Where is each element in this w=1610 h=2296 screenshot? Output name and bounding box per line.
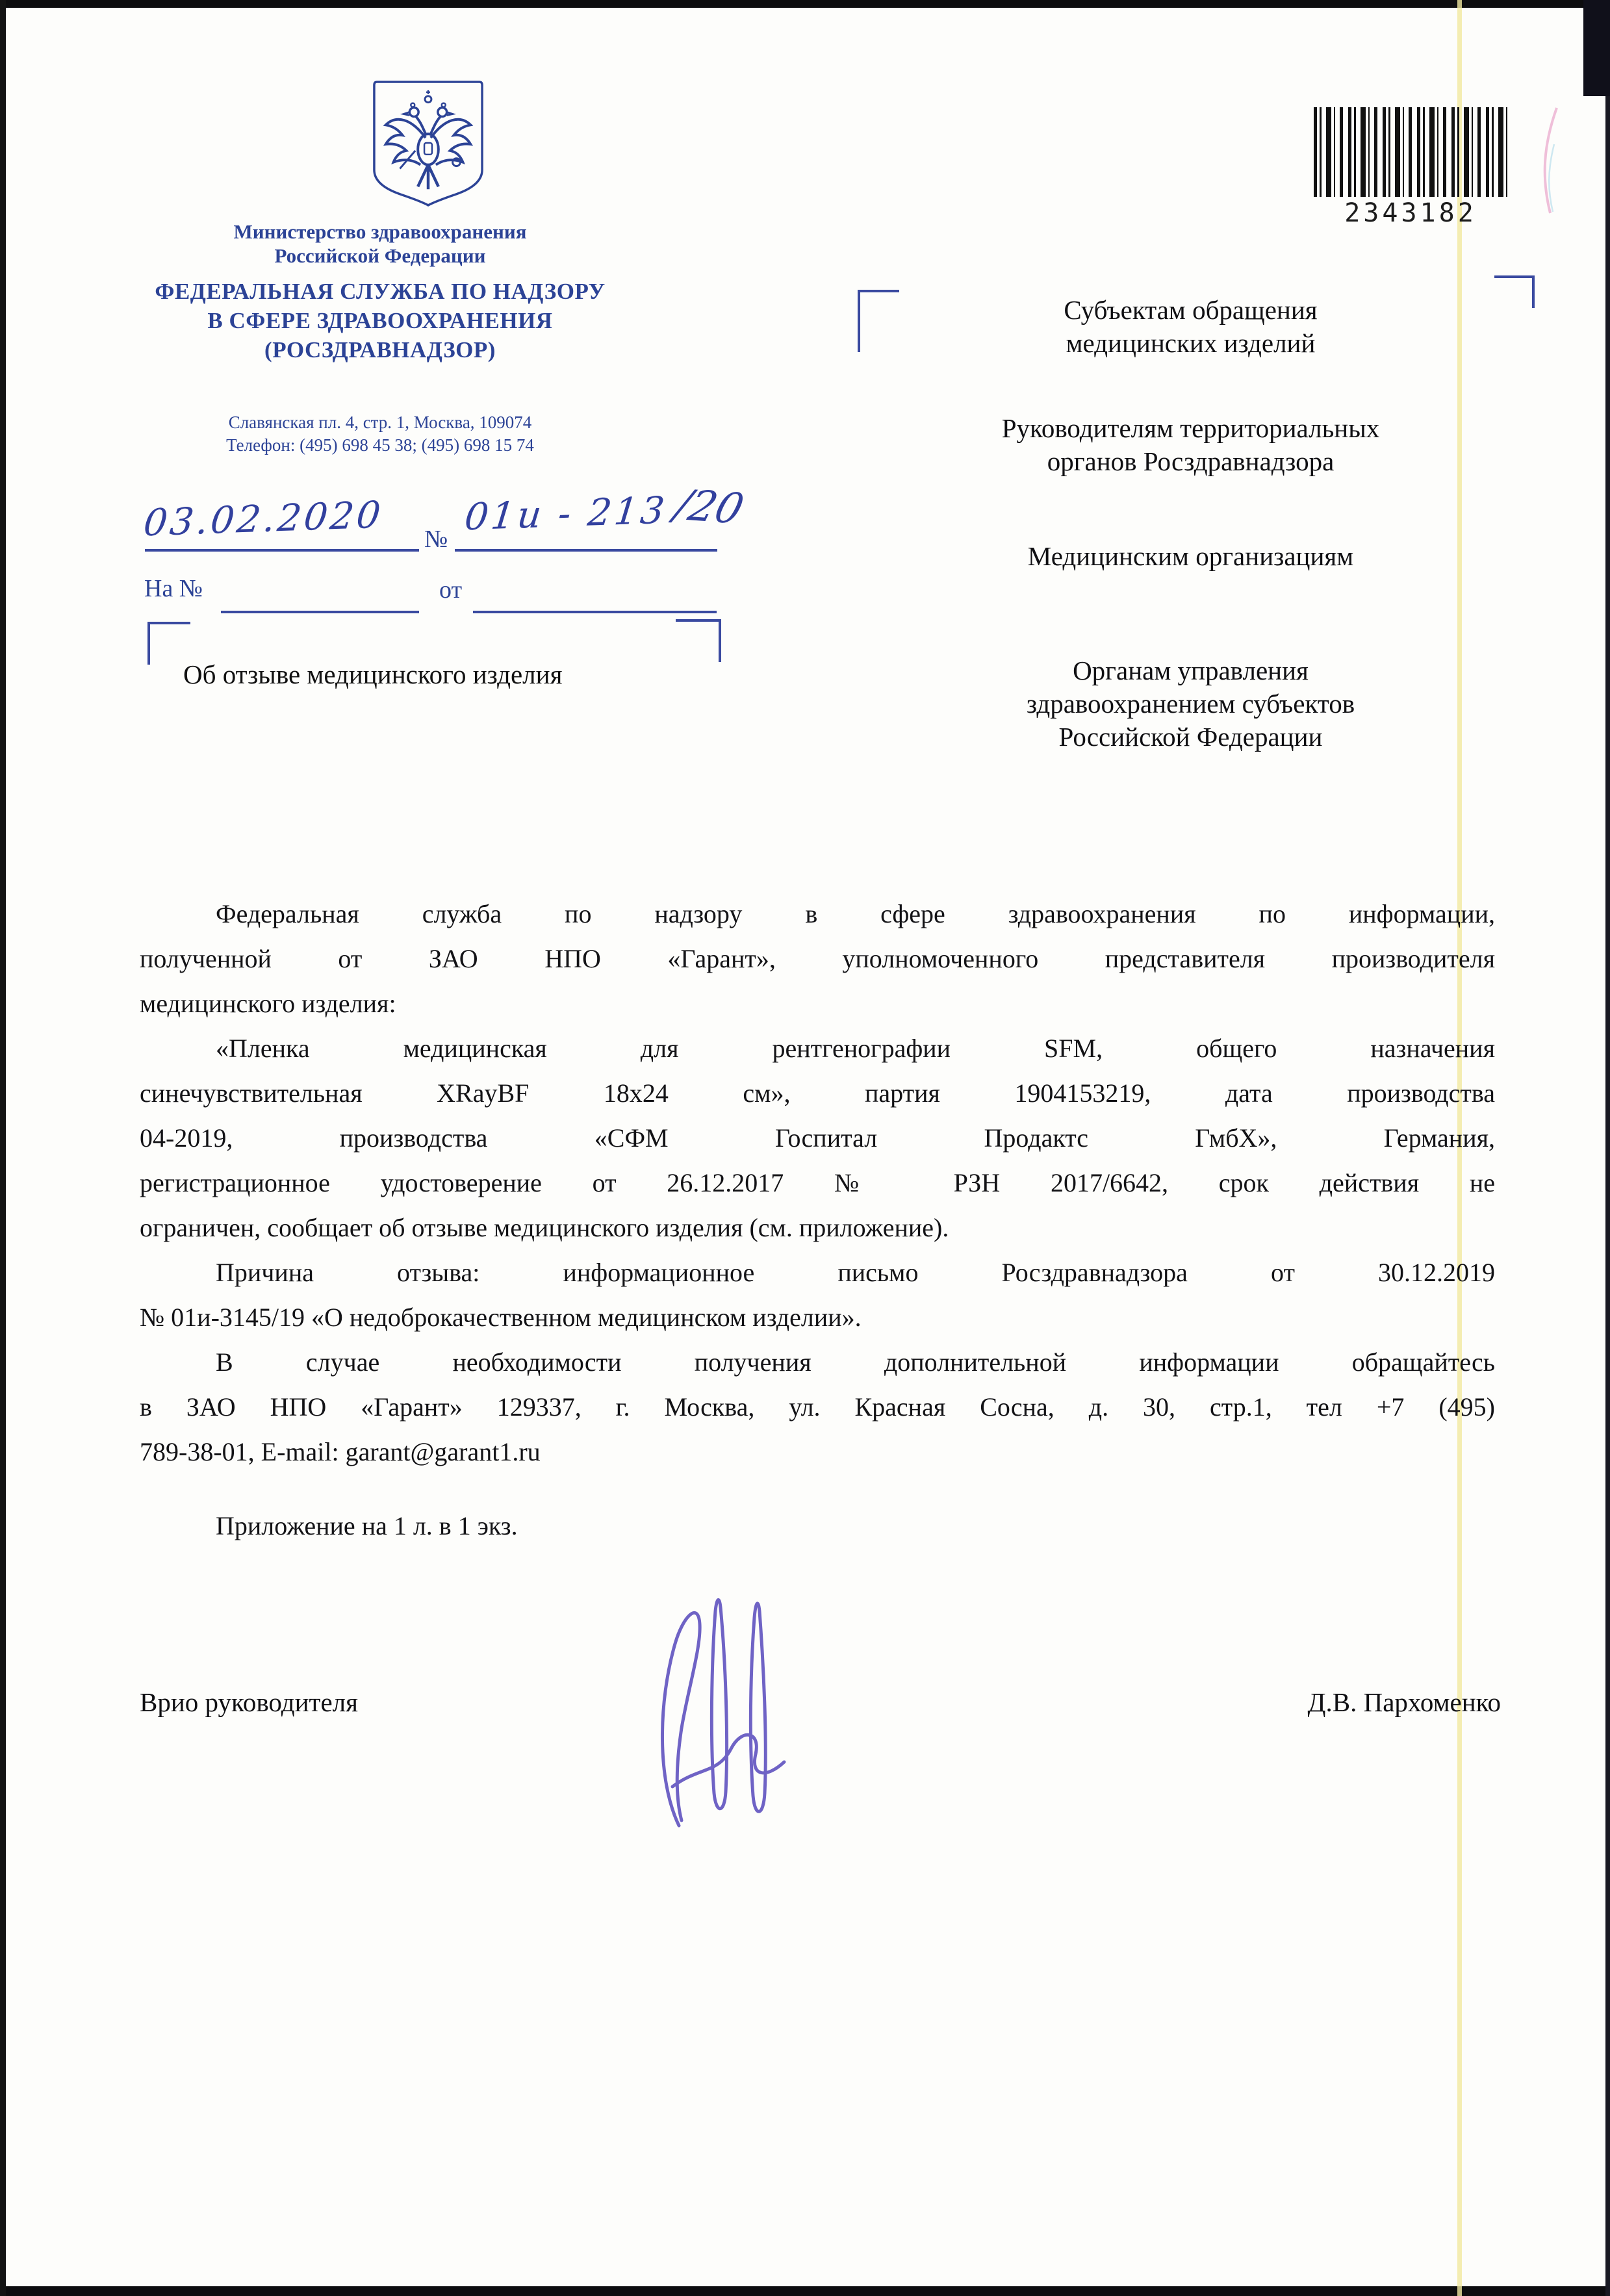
letterhead-phone: Телефон: (495) 698 45 38; (495) 698 15 7… <box>58 434 702 457</box>
subject-line: Об отзыве медицинского изделия <box>183 659 562 690</box>
recipient-line: Российской Федерации <box>877 721 1504 754</box>
letterhead-contacts: Славянская пл. 4, стр. 1, Москва, 109074… <box>58 411 702 457</box>
recipient-line: Субъектам обращения <box>877 294 1504 327</box>
scan-edge-top <box>0 0 1610 8</box>
barcode-number: 2343182 <box>1314 198 1507 228</box>
body-text-line: 04-2019, производства «СФМ Госпитал Прод… <box>140 1116 1495 1160</box>
service-line-1: ФЕДЕРАЛЬНАЯ СЛУЖБА ПО НАДЗОРУ <box>58 277 702 306</box>
recipient-group: Руководителям территориальныхорганов Рос… <box>877 412 1504 478</box>
reply-to-label: На № <box>144 574 203 603</box>
subject-bracket-left-v <box>147 622 150 665</box>
signer-position: Врио руководителя <box>140 1687 358 1718</box>
subject-bracket-right-v <box>719 619 721 662</box>
body-text-line: синечувствительная XRayBF 18х24 см», пар… <box>140 1071 1495 1116</box>
body-text-line: в ЗАО НПО «Гарант» 129337, г. Москва, ул… <box>140 1384 1495 1429</box>
body-text-line: полученной от ЗАО НПО «Гарант», уполномо… <box>140 936 1495 981</box>
handwritten-number-suffix: /20 <box>669 481 748 533</box>
recipient-group: Медицинским организациям <box>877 540 1504 573</box>
ministry-line-2: Российской Федерации <box>58 244 702 268</box>
recipient-group: Органам управленияздравоохранением субъе… <box>877 654 1504 754</box>
recipient-line: органов Росздравнадзора <box>877 445 1504 478</box>
recipient-line: Медицинским организациям <box>877 540 1504 573</box>
signer-name: Д.В. Пархоменко <box>1189 1687 1501 1718</box>
recipients-bracket-right-h <box>1494 275 1535 278</box>
letter-body: Федеральная служба по надзору в сфере зд… <box>140 891 1495 1474</box>
service-name: ФЕДЕРАЛЬНАЯ СЛУЖБА ПО НАДЗОРУ В СФЕРЕ ЗД… <box>58 277 702 364</box>
number-underline <box>455 549 717 552</box>
handwritten-date: 03.02.2020 <box>142 494 385 545</box>
recipients-bracket-left-v <box>858 290 860 352</box>
scan-edge-bottom <box>0 2286 1610 2296</box>
letterhead-address: Славянская пл. 4, стр. 1, Москва, 109074 <box>58 411 702 434</box>
scan-edge-corner-wedge <box>1583 0 1610 96</box>
body-text-line: В случае необходимости получения дополни… <box>140 1340 1495 1384</box>
recipient-line: медицинских изделий <box>877 327 1504 360</box>
service-line-3: (РОСЗДРАВНАДЗОР) <box>58 335 702 364</box>
recipient-line: Руководителям территориальных <box>877 412 1504 445</box>
body-text-line: № 01и-3145/19 «О недоброкачественном мед… <box>140 1295 1495 1340</box>
service-line-2: В СФЕРЕ ЗДРАВООХРАНЕНИЯ <box>58 306 702 335</box>
ministry-line-1: Министерство здравоохранения <box>58 220 702 244</box>
body-text-line: Федеральная служба по надзору в сфере зд… <box>140 891 1495 936</box>
scan-edge-right <box>1605 0 1610 2296</box>
handwritten-outgoing-number: 01и - 213 <box>463 489 669 539</box>
body-text-line: медицинского изделия: <box>140 981 1495 1026</box>
attachment-note: Приложение на 1 л. в 1 экз. <box>216 1511 518 1541</box>
body-text-line: 789-38-01, E-mail: garant@garant1.ru <box>140 1429 1495 1474</box>
subject-bracket-left-h <box>147 622 190 624</box>
ministry-name: Министерство здравоохранения Российской … <box>58 220 702 268</box>
recipients-bracket-right-v <box>1532 275 1535 308</box>
reply-number-underline <box>221 611 419 613</box>
scan-pen-smudge <box>1528 105 1567 216</box>
reply-date-underline <box>473 611 717 613</box>
signature-ink <box>633 1572 835 1832</box>
recipient-group: Субъектам обращениямедицинских изделий <box>877 294 1504 360</box>
recipient-line: Органам управления <box>877 654 1504 687</box>
body-text-line: ограничен, сообщает об отзыве медицинско… <box>140 1205 1495 1250</box>
number-sign-label: № <box>424 525 448 554</box>
reply-from-label: от <box>439 576 462 604</box>
recipients-block: Субъектам обращениямедицинских изделийРу… <box>877 294 1504 754</box>
recipient-line: здравоохранением субъектов <box>877 687 1504 721</box>
scan-edge-left <box>0 0 6 2296</box>
body-text-line: «Пленка медицинская для рентгенографии S… <box>140 1026 1495 1071</box>
subject-bracket-right-h <box>676 619 721 622</box>
recipients-bracket-left-h <box>858 290 899 292</box>
barcode <box>1314 107 1507 197</box>
scanned-letter-page: Министерство здравоохранения Российской … <box>0 0 1610 2296</box>
russian-coat-of-arms-icon <box>370 78 486 208</box>
date-underline <box>145 549 419 552</box>
body-text-line: регистрационное удостоверение от 26.12.2… <box>140 1160 1495 1205</box>
body-text-line: Причина отзыва: информационное письмо Ро… <box>140 1250 1495 1295</box>
